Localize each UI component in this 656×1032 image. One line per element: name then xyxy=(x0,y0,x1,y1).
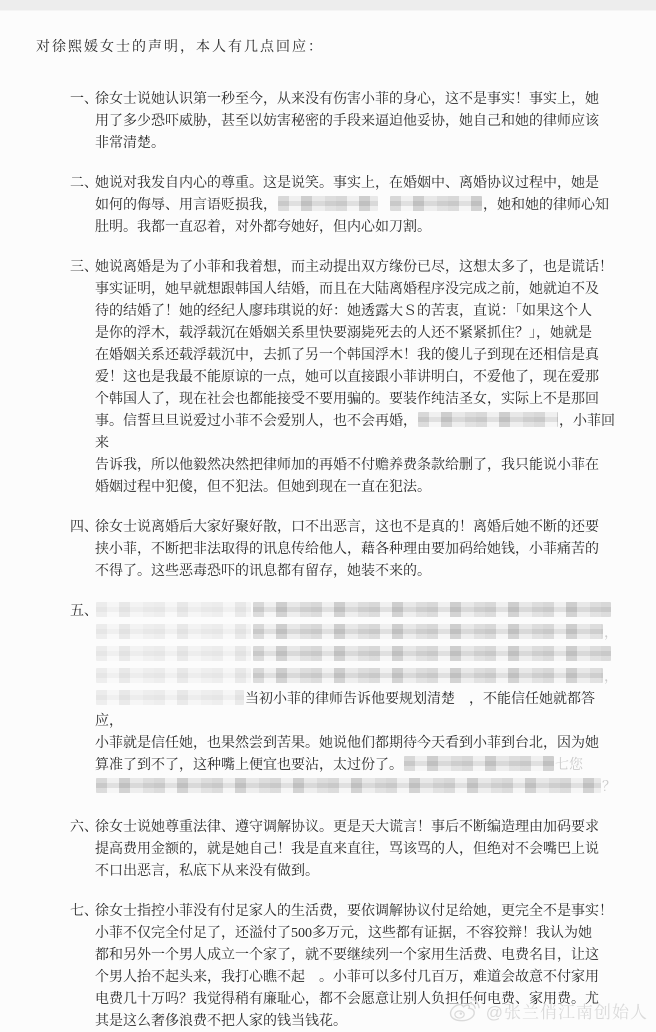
text-line: 肚明。我都一直忍着，对外都夸她好，但内心如刀割。 xyxy=(95,220,431,235)
censored-gap xyxy=(379,208,389,209)
weibo-logo-icon xyxy=(448,997,480,1023)
text-line: 用了多少恐吓威胁，甚至以妨害秘密的手段来逼迫他妥协，她自己和她的律师应该 xyxy=(95,114,599,129)
text-line: 个男人抬不起头来，我打心瞧不起 。小菲可以多付几百万，难道会故意不付家用 xyxy=(95,970,599,985)
censored-mosaic xyxy=(96,778,601,793)
weibo-watermark: @张兰俏江南创始人 xyxy=(448,997,648,1023)
text-line: 不口出恶言，私底下从来没有做到。 xyxy=(95,864,319,879)
faint-text: ？ xyxy=(602,780,616,795)
censored-mosaic xyxy=(278,196,378,211)
text-line: 如何的侮辱、用言语贬损我， xyxy=(95,198,277,213)
text-line: 个韩国人了，现在社会也都能接受不要用骗的。要装作纯洁圣女，实际上不是那回 xyxy=(95,392,599,407)
censored-mosaic xyxy=(96,668,251,683)
censored-mosaic xyxy=(96,602,251,617)
statement-document: 对徐熙媛女士的声明，本人有几点回应： 一、徐女士说她认识第一秒至今，从来没有伤害… xyxy=(0,11,656,1032)
point-body: ，，当初小菲的律师告诉他要规划清楚 ，不能信任她就都答应，小菲就是信任她，也果然… xyxy=(95,601,620,799)
point-body: 徐女士说离婚后大家好聚好散，口不出恶言，这也不是真的！离婚后她不断的还要挟小菲，… xyxy=(95,517,620,583)
censored-mosaic xyxy=(96,646,251,661)
point-body: 徐女士说她尊重法律、遵守调解协议。更是天大谎言！事后不断编造理由加码要求提高费用… xyxy=(95,817,620,883)
text-line: 挟小菲，不断把非法取得的讯息传给他人，藉各种理由要加码给她钱，小菲痛苦的 xyxy=(95,542,599,557)
censored-mosaic xyxy=(253,602,611,617)
text-line: 小菲就是信任她，也果然尝到苦果。她说他们都期待今天看到小菲到台北，因为她 xyxy=(95,736,599,751)
censored-mosaic xyxy=(96,690,244,705)
text-line: 她说对我发自内心的尊重。这是说笑。事实上，在婚姻中、离婚协议过程中，她是 xyxy=(95,176,599,191)
faint-text: 七您 xyxy=(555,758,583,773)
text-line: 徐女士说离婚后大家好聚好散，口不出恶言，这也不是真的！离婚后她不断的还要 xyxy=(95,520,599,535)
point-number: 四、 xyxy=(70,517,98,539)
censored-mosaic xyxy=(390,196,482,211)
text-line: 告诉我，所以他毅然决然把律师加的再婚不付赡养费条款给删了，我只能说小菲在 xyxy=(95,458,599,473)
statement-point-1: 一、徐女士说她认识第一秒至今，从来没有伤害小菲的身心，这不是事实！事实上，她用了… xyxy=(70,89,620,155)
text-line: 徐女士说她尊重法律、遵守调解协议。更是天大谎言！事后不断编造理由加码要求 xyxy=(95,820,599,835)
statement-point-2: 二、她说对我发自内心的尊重。这是说笑。事实上，在婚姻中、离婚协议过程中，她是如何… xyxy=(70,173,620,239)
point-number: 一、 xyxy=(70,89,98,111)
watermark-handle: @张兰俏江南创始人 xyxy=(486,998,648,1023)
censored-mosaic xyxy=(404,756,554,771)
text-line: 她说离婚是为了小菲和我着想，而主动提出双方缘份已尽，这想太多了，也是谎话！ xyxy=(95,260,613,275)
statement-point-3: 三、她说离婚是为了小菲和我着想，而主动提出双方缘份已尽，这想太多了，也是谎话！事… xyxy=(70,257,620,499)
censored-mosaic xyxy=(253,624,603,639)
statement-point-4: 四、徐女士说离婚后大家好聚好散，口不出恶言，这也不是真的！离婚后她不断的还要挟小… xyxy=(70,517,620,583)
text-line: 爱！这也是我最不能原谅的一点，她可以直接跟小菲讲明白，不爱他了，现在爱那 xyxy=(95,370,599,385)
statement-point-5: 五、，，当初小菲的律师告诉他要规划清楚 ，不能信任她就都答应，小菲就是信任她，也… xyxy=(70,601,620,799)
text-line: 徐女士说她认识第一秒至今，从来没有伤害小菲的身心，这不是事实！事实上，她 xyxy=(95,92,599,107)
censored-mosaic xyxy=(253,668,603,683)
statement-point-6: 六、徐女士说她尊重法律、遵守调解协议。更是天大谎言！事后不断编造理由加码要求提高… xyxy=(70,817,620,883)
censored-mosaic xyxy=(253,646,611,661)
point-number: 二、 xyxy=(70,173,98,195)
text-line: 其是这么奢侈浪费不把人家的钱当钱花。 xyxy=(95,1014,347,1029)
text-line: 提高费用金额的，就是她自己！我是直来直往，骂该骂的人，但绝对不会嘴巴上说 xyxy=(95,842,599,857)
text-line: 事实证明，她早就想跟韩国人结婚，而且在大陆离婚程序没完成之前，她就迫不及 xyxy=(95,282,599,297)
text-line: ，她和她的律师心知 xyxy=(483,198,609,213)
points-list: 一、徐女士说她认识第一秒至今，从来没有伤害小菲的身心，这不是事实！事实上，她用了… xyxy=(36,89,620,1032)
text-line: 待的结婚了！她的经纪人廖玮琪说的好：她透露大Ｓ的苦衷，直说：「如果这个人 xyxy=(95,304,592,319)
faint-text: ， xyxy=(604,670,618,685)
top-bar xyxy=(0,0,656,11)
text-line: 不得了。这些恶毒恐吓的讯息都有留存，她装不来的。 xyxy=(95,564,431,579)
point-number: 五、 xyxy=(70,601,98,623)
censored-mosaic xyxy=(96,624,251,639)
point-number: 七、 xyxy=(70,901,98,923)
text-line: 非常清楚。 xyxy=(95,136,165,151)
point-number: 六、 xyxy=(70,817,98,839)
text-line: 小菲不仅完全付足了，还溢付了500多万元，这些都有证据，不容狡辩！我认为她 xyxy=(95,926,592,941)
faint-text: ， xyxy=(604,626,618,641)
text-line: 事。信誓旦旦说爱过小菲不会爱别人，也不会再婚， xyxy=(95,414,417,429)
censored-mosaic xyxy=(418,412,558,427)
text-line: 是你的浮木，载浮载沉在婚姻关系里快要溺毙死去的人还不紧紧抓住？」，她就是 xyxy=(95,326,592,341)
point-number: 三、 xyxy=(70,257,98,279)
text-line: 徐女士指控小菲没有付足家人的生活费，要依调解协议付足给她，更完全不是事实！ xyxy=(95,904,613,919)
point-body: 徐女士说她认识第一秒至今，从来没有伤害小菲的身心，这不是事实！事实上，她用了多少… xyxy=(95,89,620,155)
text-line: 算准了到不了，这种嘴上便宜也要沾，太过份了。 xyxy=(95,758,403,773)
statement-header: 对徐熙媛女士的声明，本人有几点回应： xyxy=(36,37,620,59)
text-line: 在婚姻关系还载浮载沉中，去抓了另一个韩国浮木！我的傻儿子到现在还相信是真 xyxy=(95,348,599,363)
text-line: 都和另外一个男人成立一个家了，就不要继续列一个家用生活费、电费名目，让这 xyxy=(95,948,599,963)
point-body: 她说对我发自内心的尊重。这是说笑。事实上，在婚姻中、离婚协议过程中，她是如何的侮… xyxy=(95,173,620,239)
text-line: 婚姻过程中犯傻，但不犯法。但她到现在一直在犯法。 xyxy=(95,480,431,495)
point-body: 她说离婚是为了小菲和我着想，而主动提出双方缘份已尽，这想太多了，也是谎话！事实证… xyxy=(95,257,620,499)
